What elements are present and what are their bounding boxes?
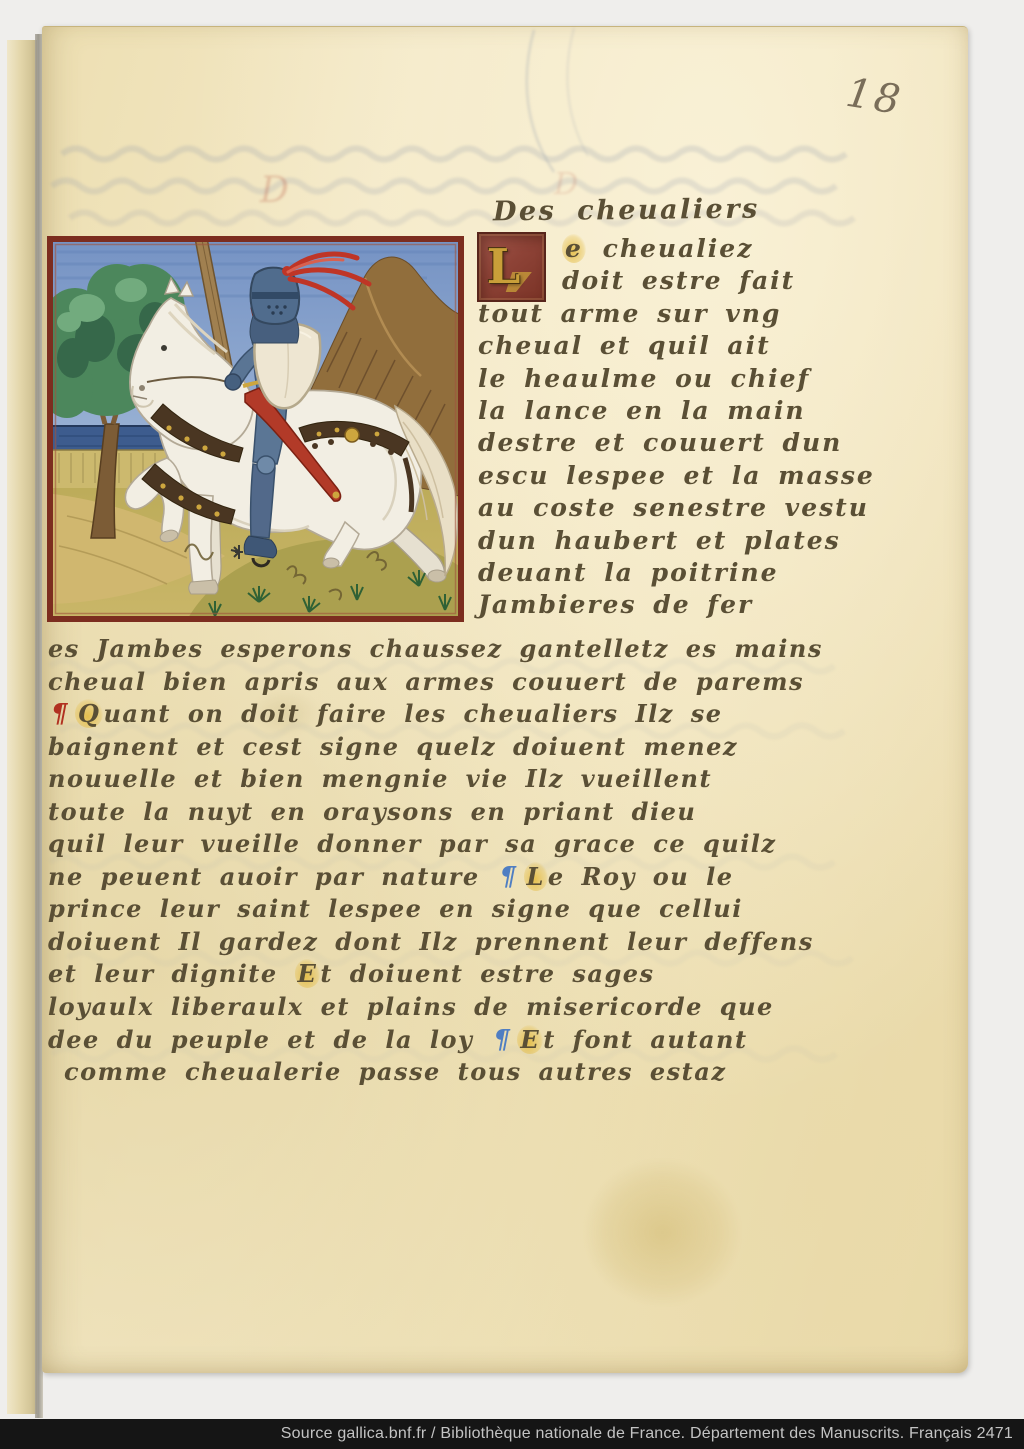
line-text: loyaulx liberaulx et plains de misericor… bbox=[48, 992, 774, 1021]
line-text: cheual et quil ait bbox=[478, 331, 771, 360]
pilcrow-mark: ¶ bbox=[493, 1025, 511, 1055]
line-text: baignent et cest signe quelz doiuent men… bbox=[48, 732, 738, 761]
pilcrow-mark: ¶ bbox=[500, 862, 518, 892]
yellow-touched-initial: E bbox=[517, 1025, 543, 1054]
pilcrow-mark: ¶ bbox=[51, 699, 69, 729]
line-text: destre et couuert dun bbox=[478, 428, 842, 457]
manuscript-line: dee du peuple et de la loy ¶Et font auta… bbox=[48, 1024, 922, 1057]
line-text: quil leur vueille donner par sa grace ce… bbox=[48, 829, 777, 858]
manuscript-scan: D D 18 Des cheualiers L bbox=[0, 0, 1024, 1449]
miniature-knight-on-horseback bbox=[47, 236, 464, 622]
manuscript-line: au coste senestre vestu bbox=[478, 492, 834, 524]
source-attribution: Source gallica.bnf.fr / Bibliothèque nat… bbox=[281, 1425, 1013, 1443]
manuscript-line: et leur dignite Et doiuent estre sages bbox=[48, 958, 922, 991]
horse-eye bbox=[161, 345, 167, 351]
line-text: deuant la poitrine bbox=[478, 558, 779, 587]
manuscript-line: toute la nuyt en oraysons en priant dieu bbox=[48, 796, 922, 829]
rubric-heading: Des cheualiers bbox=[493, 194, 760, 228]
visor-slit bbox=[252, 292, 299, 299]
line-text: t font autant bbox=[543, 1025, 747, 1054]
line-text: cheual bien apris aux armes couuert de p… bbox=[48, 667, 804, 696]
line-text: doit estre fait bbox=[562, 266, 795, 295]
line-text: le heaulme ou chief bbox=[478, 364, 810, 393]
line-text: dee du peuple et de la loy bbox=[48, 1025, 490, 1054]
manuscript-line: escu lespee et la masse bbox=[478, 460, 834, 492]
manuscript-line: es Jambes esperons chaussez gantelletz e… bbox=[48, 633, 922, 666]
manuscript-line: doit estre fait bbox=[478, 265, 834, 297]
svg-text:D: D bbox=[259, 170, 289, 211]
manuscript-line: cheual bien apris aux armes couuert de p… bbox=[48, 666, 922, 699]
manuscript-line: tout arme sur vng bbox=[478, 298, 834, 330]
line-text: la lance en la main bbox=[478, 396, 806, 425]
folio-number: 18 bbox=[843, 70, 906, 124]
line-text: comme cheualerie passe tous autres estaz bbox=[64, 1057, 726, 1086]
manuscript-line: nouuelle et bien mengnie vie Ilz vueille… bbox=[48, 763, 922, 796]
line-text: escu lespee et la masse bbox=[478, 461, 875, 490]
yellow-touched-initial: Q bbox=[75, 699, 103, 728]
manuscript-line: la lance en la main bbox=[478, 395, 834, 427]
manuscript-line: quil leur vueille donner par sa grace ce… bbox=[48, 828, 922, 861]
text-column: e cheualiez doit estre fait tout arme su… bbox=[478, 233, 834, 622]
line-text: tout arme sur vng bbox=[478, 299, 781, 328]
gallica-source-bar: Source gallica.bnf.fr / Bibliothèque nat… bbox=[0, 1419, 1024, 1449]
line-text: Jambieres de fer bbox=[478, 590, 753, 619]
manuscript-line: deuant la poitrine bbox=[478, 557, 834, 589]
manuscript-line: destre et couuert dun bbox=[478, 427, 834, 459]
line-text: et leur dignite bbox=[48, 959, 295, 988]
line-text: nouuelle et bien mengnie vie Ilz vueille… bbox=[48, 764, 712, 793]
manuscript-line: loyaulx liberaulx et plains de misericor… bbox=[48, 991, 922, 1024]
line-text: es Jambes esperons chaussez gantelletz e… bbox=[48, 634, 823, 663]
manuscript-line: cheual et quil ait bbox=[478, 330, 834, 362]
manuscript-line: le heaulme ou chief bbox=[478, 363, 834, 395]
manuscript-line: dun haubert et plates bbox=[478, 525, 834, 557]
gauntlet bbox=[225, 374, 241, 390]
manuscript-line: baignent et cest signe quelz doiuent men… bbox=[48, 731, 922, 764]
book-fore-edge bbox=[7, 40, 37, 1414]
line-text: uant on doit faire les cheualiers Ilz se bbox=[103, 699, 722, 728]
manuscript-line: doiuent Il gardez dont Ilz prennent leur… bbox=[48, 926, 922, 959]
manuscript-line: e cheualiez bbox=[478, 233, 834, 265]
line-text: e Roy ou le bbox=[548, 862, 734, 891]
line-text: ne peuent auoir par nature bbox=[48, 862, 497, 891]
line-text: cheualiez bbox=[586, 234, 753, 263]
manuscript-line: prince leur saint lespee en signe que ce… bbox=[48, 893, 922, 926]
manuscript-line: ne peuent auoir par nature ¶Le Roy ou le bbox=[48, 861, 922, 894]
yellow-touched-initial: E bbox=[295, 959, 321, 988]
line-text: au coste senestre vestu bbox=[478, 493, 869, 522]
manuscript-line: ¶Quant on doit faire les cheualiers Ilz … bbox=[48, 698, 922, 731]
text-block: es Jambes esperons chaussez gantelletz e… bbox=[48, 633, 922, 1089]
yellow-touched-initial: L bbox=[524, 862, 548, 891]
manuscript-line: Jambieres de fer bbox=[478, 589, 834, 621]
manuscript-line: comme cheualerie passe tous autres estaz bbox=[48, 1056, 922, 1089]
line-text: toute la nuyt en oraysons en priant dieu bbox=[48, 797, 696, 826]
line-text: doiuent Il gardez dont Ilz prennent leur… bbox=[48, 927, 814, 956]
line-text: prince leur saint lespee en signe que ce… bbox=[48, 894, 743, 923]
yellow-touched-initial: e bbox=[562, 234, 586, 263]
line-text: dun haubert et plates bbox=[478, 526, 841, 555]
line-text: t doiuent estre sages bbox=[320, 959, 654, 988]
